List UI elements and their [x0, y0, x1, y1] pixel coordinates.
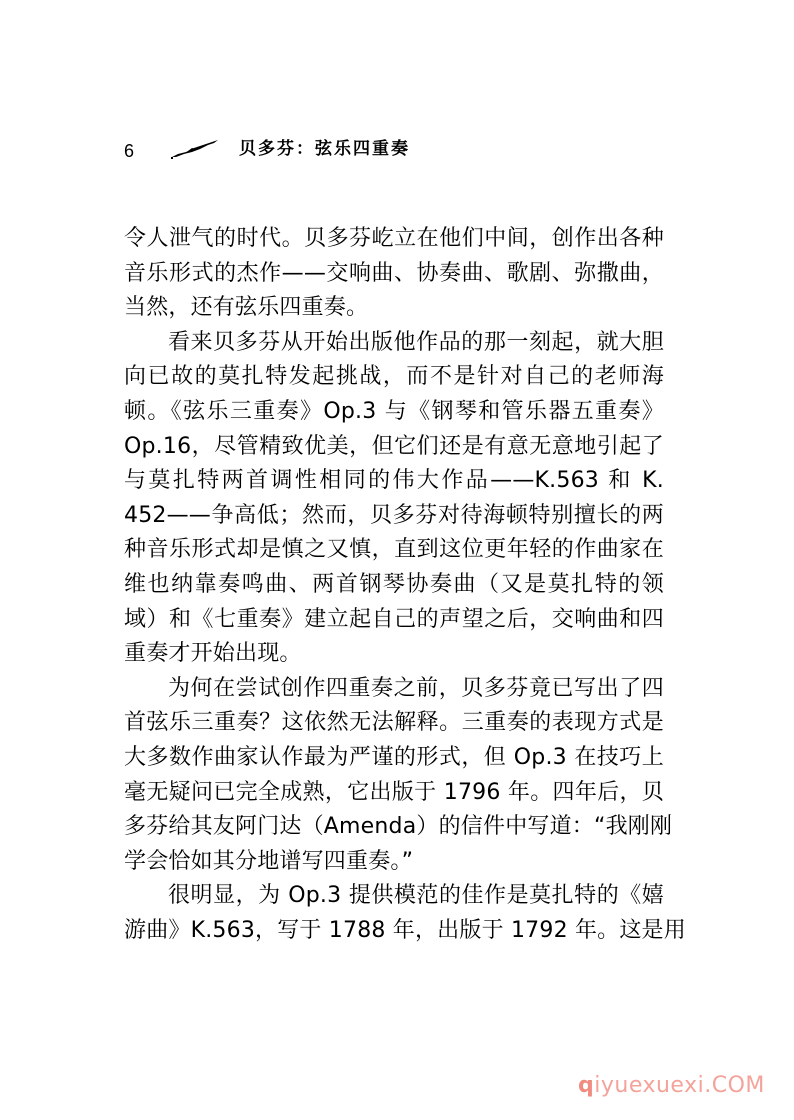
running-header: 6 贝多芬：弦乐四重奏: [124, 136, 664, 166]
text-line: Op.16，尽管精致优美，但它们还是有意无意地引起了: [124, 430, 664, 465]
text-line: 很明显，为 Op.3 提供模范的佳作是莫扎特的《嬉: [124, 879, 664, 914]
text-line: 令人泄气的时代。贝多芬屹立在他们中间，创作出各种: [124, 222, 664, 257]
paragraph: 令人泄气的时代。贝多芬屹立在他们中间，创作出各种 音乐形式的杰作——交响曲、协奏…: [124, 222, 664, 326]
paragraph: 很明显，为 Op.3 提供模范的佳作是莫扎特的《嬉 游曲》K.563，写于 17…: [124, 879, 664, 948]
running-header-title: 贝多芬：弦乐四重奏: [239, 138, 410, 160]
quill-icon: [170, 138, 222, 160]
text-line: 多芬给其友阿门达（Amenda）的信件中写道：“我刚刚: [124, 810, 664, 845]
text-line: 向已故的莫扎特发起挑战，而不是针对自己的老师海: [124, 360, 664, 395]
text-line: 顿。《弦乐三重奏》Op.3 与《钢琴和管乐器五重奏》: [124, 395, 664, 430]
text-line: 452——争高低；然而，贝多芬对待海顿特别擅长的两: [124, 499, 664, 534]
text-line: 维也纳靠奏鸣曲、两首钢琴协奏曲（又是莫扎特的领: [124, 568, 664, 603]
text-line: 游曲》K.563，写于 1788 年，出版于 1792 年。这是用: [124, 914, 664, 949]
text-line: 与莫扎特两首调性相同的伟大作品——K.563 和 K.: [124, 464, 664, 499]
text-line: 首弦乐三重奏？这依然无法解释。三重奏的表现方式是: [124, 706, 664, 741]
text-line: 域）和《七重奏》建立起自己的声望之后，交响曲和四: [124, 603, 664, 638]
body-text: 令人泄气的时代。贝多芬屹立在他们中间，创作出各种 音乐形式的杰作——交响曲、协奏…: [124, 222, 664, 948]
paragraph: 看来贝多芬从开始出版他作品的那一刻起，就大胆 向已故的莫扎特发起挑战，而不是针对…: [124, 326, 664, 672]
text-line: 当然，还有弦乐四重奏。: [124, 291, 664, 326]
text-line: 音乐形式的杰作——交响曲、协奏曲、歌剧、弥撒曲，: [124, 257, 664, 292]
watermark-q: q: [578, 1073, 594, 1098]
watermark: qiyuexuexi.COM: [578, 1073, 765, 1098]
text-line: 看来贝多芬从开始出版他作品的那一刻起，就大胆: [124, 326, 664, 361]
text-line: 为何在尝试创作四重奏之前，贝多芬竟已写出了四: [124, 672, 664, 707]
watermark-text: iyuexuexi.COM: [594, 1073, 765, 1098]
page-number: 6: [124, 140, 134, 162]
paragraph: 为何在尝试创作四重奏之前，贝多芬竟已写出了四 首弦乐三重奏？这依然无法解释。三重…: [124, 672, 664, 880]
text-line: 种音乐形式却是慎之又慎，直到这位更年轻的作曲家在: [124, 533, 664, 568]
text-line: 学会恰如其分地谱写四重奏。”: [124, 845, 664, 880]
text-line: 重奏才开始出现。: [124, 637, 664, 672]
text-line: 大多数作曲家认作最为严谨的形式，但 Op.3 在技巧上: [124, 741, 664, 776]
text-line: 毫无疑问已完全成熟，它出版于 1796 年。四年后，贝: [124, 776, 664, 811]
